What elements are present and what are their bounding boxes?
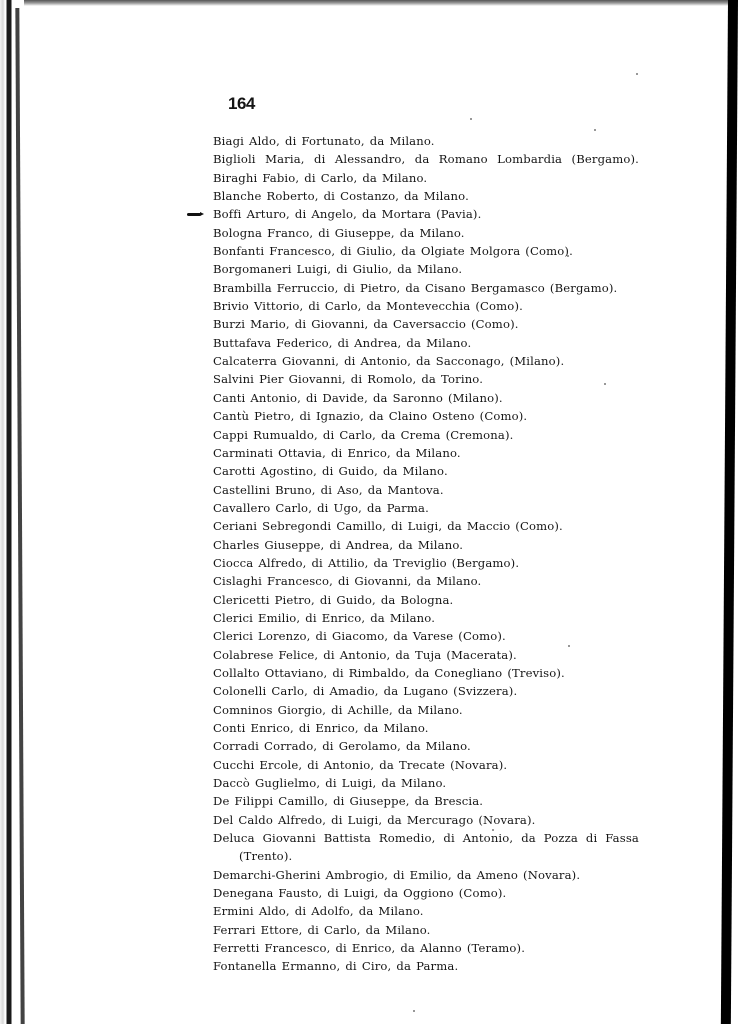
- list-entry: Ciocca Alfredo, di Attilio, da Treviglio…: [213, 554, 653, 572]
- scan-speck: [568, 645, 570, 647]
- page-number: 164: [228, 94, 255, 114]
- list-entry: Castellini Bruno, di Aso, da Mantova.: [213, 481, 653, 499]
- list-entry: Ceriani Sebregondi Camillo, di Luigi, da…: [213, 517, 653, 535]
- list-entry: Clerici Lorenzo, di Giacomo, da Varese (…: [213, 627, 653, 645]
- scan-speck: [636, 73, 638, 75]
- list-entry: Cappi Rumualdo, di Carlo, da Crema (Crem…: [213, 426, 653, 444]
- list-entry: Burzi Mario, di Giovanni, da Caversaccio…: [213, 315, 653, 333]
- margin-arrow-icon: [187, 213, 201, 216]
- list-entry: Colonelli Carlo, di Amadio, da Lugano (S…: [213, 682, 653, 700]
- list-entry: Biglioli Maria, di Alessandro, da Romano…: [213, 150, 639, 168]
- list-entry: Bonfanti Francesco, di Giulio, da Olgiat…: [213, 242, 653, 260]
- scan-top-edge: [10, 0, 730, 6]
- list-entry: Denegana Fausto, di Luigi, da Oggiono (C…: [213, 884, 653, 902]
- list-entry: Biagi Aldo, di Fortunato, da Milano.: [213, 132, 653, 150]
- list-entry: Buttafava Federico, di Andrea, da Milano…: [213, 334, 653, 352]
- list-entry: Carminati Ottavia, di Enrico, da Milano.: [213, 444, 653, 462]
- list-entry: Blanche Roberto, di Costanzo, da Milano.: [213, 187, 653, 205]
- entry-text: Deluca Giovanni Battista Romedio, di Ant…: [213, 831, 639, 845]
- list-entry: Corradi Corrado, di Gerolamo, da Milano.: [213, 737, 653, 755]
- scan-speck: [604, 383, 606, 385]
- list-entry: Ferrari Ettore, di Carlo, da Milano.: [213, 921, 653, 939]
- list-entry: Charles Giuseppe, di Andrea, da Milano.: [213, 536, 653, 554]
- list-entry: Canti Antonio, di Davide, da Saronno (Mi…: [213, 389, 653, 407]
- list-entry: Cavallero Carlo, di Ugo, da Parma.: [213, 499, 653, 517]
- list-entry: Colabrese Felice, di Antonio, da Tuja (M…: [213, 646, 653, 664]
- list-entry: Conti Enrico, di Enrico, da Milano.: [213, 719, 653, 737]
- list-entry: Salvini Pier Giovanni, di Romolo, da Tor…: [213, 370, 653, 388]
- scan-speck: [594, 129, 596, 131]
- list-entry: Borgomaneri Luigi, di Giulio, da Milano.: [213, 260, 653, 278]
- list-entry-multiline: Deluca Giovanni Battista Romedio, di Ant…: [213, 829, 639, 866]
- list-entry: Daccò Guglielmo, di Luigi, da Milano.: [213, 774, 653, 792]
- name-list: Biagi Aldo, di Fortunato, da Milano. Big…: [213, 132, 653, 976]
- list-entry: Clericetti Pietro, di Guido, da Bologna.: [213, 591, 653, 609]
- list-entry: Biraghi Fabio, di Carlo, da Milano.: [213, 169, 653, 187]
- list-entry: Ferretti Francesco, di Enrico, da Alanno…: [213, 939, 653, 957]
- list-entry: Cucchi Ercole, di Antonio, da Trecate (N…: [213, 756, 653, 774]
- list-entry-marked: Boffi Arturo, di Angelo, da Mortara (Pav…: [213, 205, 653, 223]
- list-entry: Del Caldo Alfredo, di Luigi, da Mercurag…: [213, 811, 653, 829]
- scan-speck: [470, 118, 472, 120]
- list-entry: Clerici Emilio, di Enrico, da Milano.: [213, 609, 653, 627]
- scan-binding-right: [721, 0, 738, 1024]
- list-entry: Brivio Vittorio, di Carlo, da Montevecch…: [213, 297, 653, 315]
- list-entry: Comninos Giorgio, di Achille, da Milano.: [213, 701, 653, 719]
- list-entry: Ermini Aldo, di Adolfo, da Milano.: [213, 902, 653, 920]
- entry-text: Boffi Arturo, di Angelo, da Mortara (Pav…: [213, 207, 481, 221]
- entry-continuation: (Trento).: [213, 847, 639, 865]
- list-entry: Cantù Pietro, di Ignazio, da Claino Oste…: [213, 407, 653, 425]
- list-entry: De Filippi Camillo, di Giuseppe, da Bres…: [213, 792, 653, 810]
- list-entry: Calcaterra Giovanni, di Antonio, da Sacc…: [213, 352, 653, 370]
- scan-speck: [492, 829, 494, 831]
- scan-speck: [567, 255, 569, 257]
- scan-speck: [413, 1010, 415, 1012]
- list-entry: Demarchi-Gherini Ambrogio, di Emilio, da…: [213, 866, 653, 884]
- list-entry: Collalto Ottaviano, di Rimbaldo, da Cone…: [213, 664, 653, 682]
- list-entry: Cislaghi Francesco, di Giovanni, da Mila…: [213, 572, 653, 590]
- list-entry: Bologna Franco, di Giuseppe, da Milano.: [213, 224, 653, 242]
- list-entry: Brambilla Ferruccio, di Pietro, da Cisan…: [213, 279, 653, 297]
- list-entry: Fontanella Ermanno, di Ciro, da Parma.: [213, 957, 653, 975]
- list-entry: Carotti Agostino, di Guido, da Milano.: [213, 462, 653, 480]
